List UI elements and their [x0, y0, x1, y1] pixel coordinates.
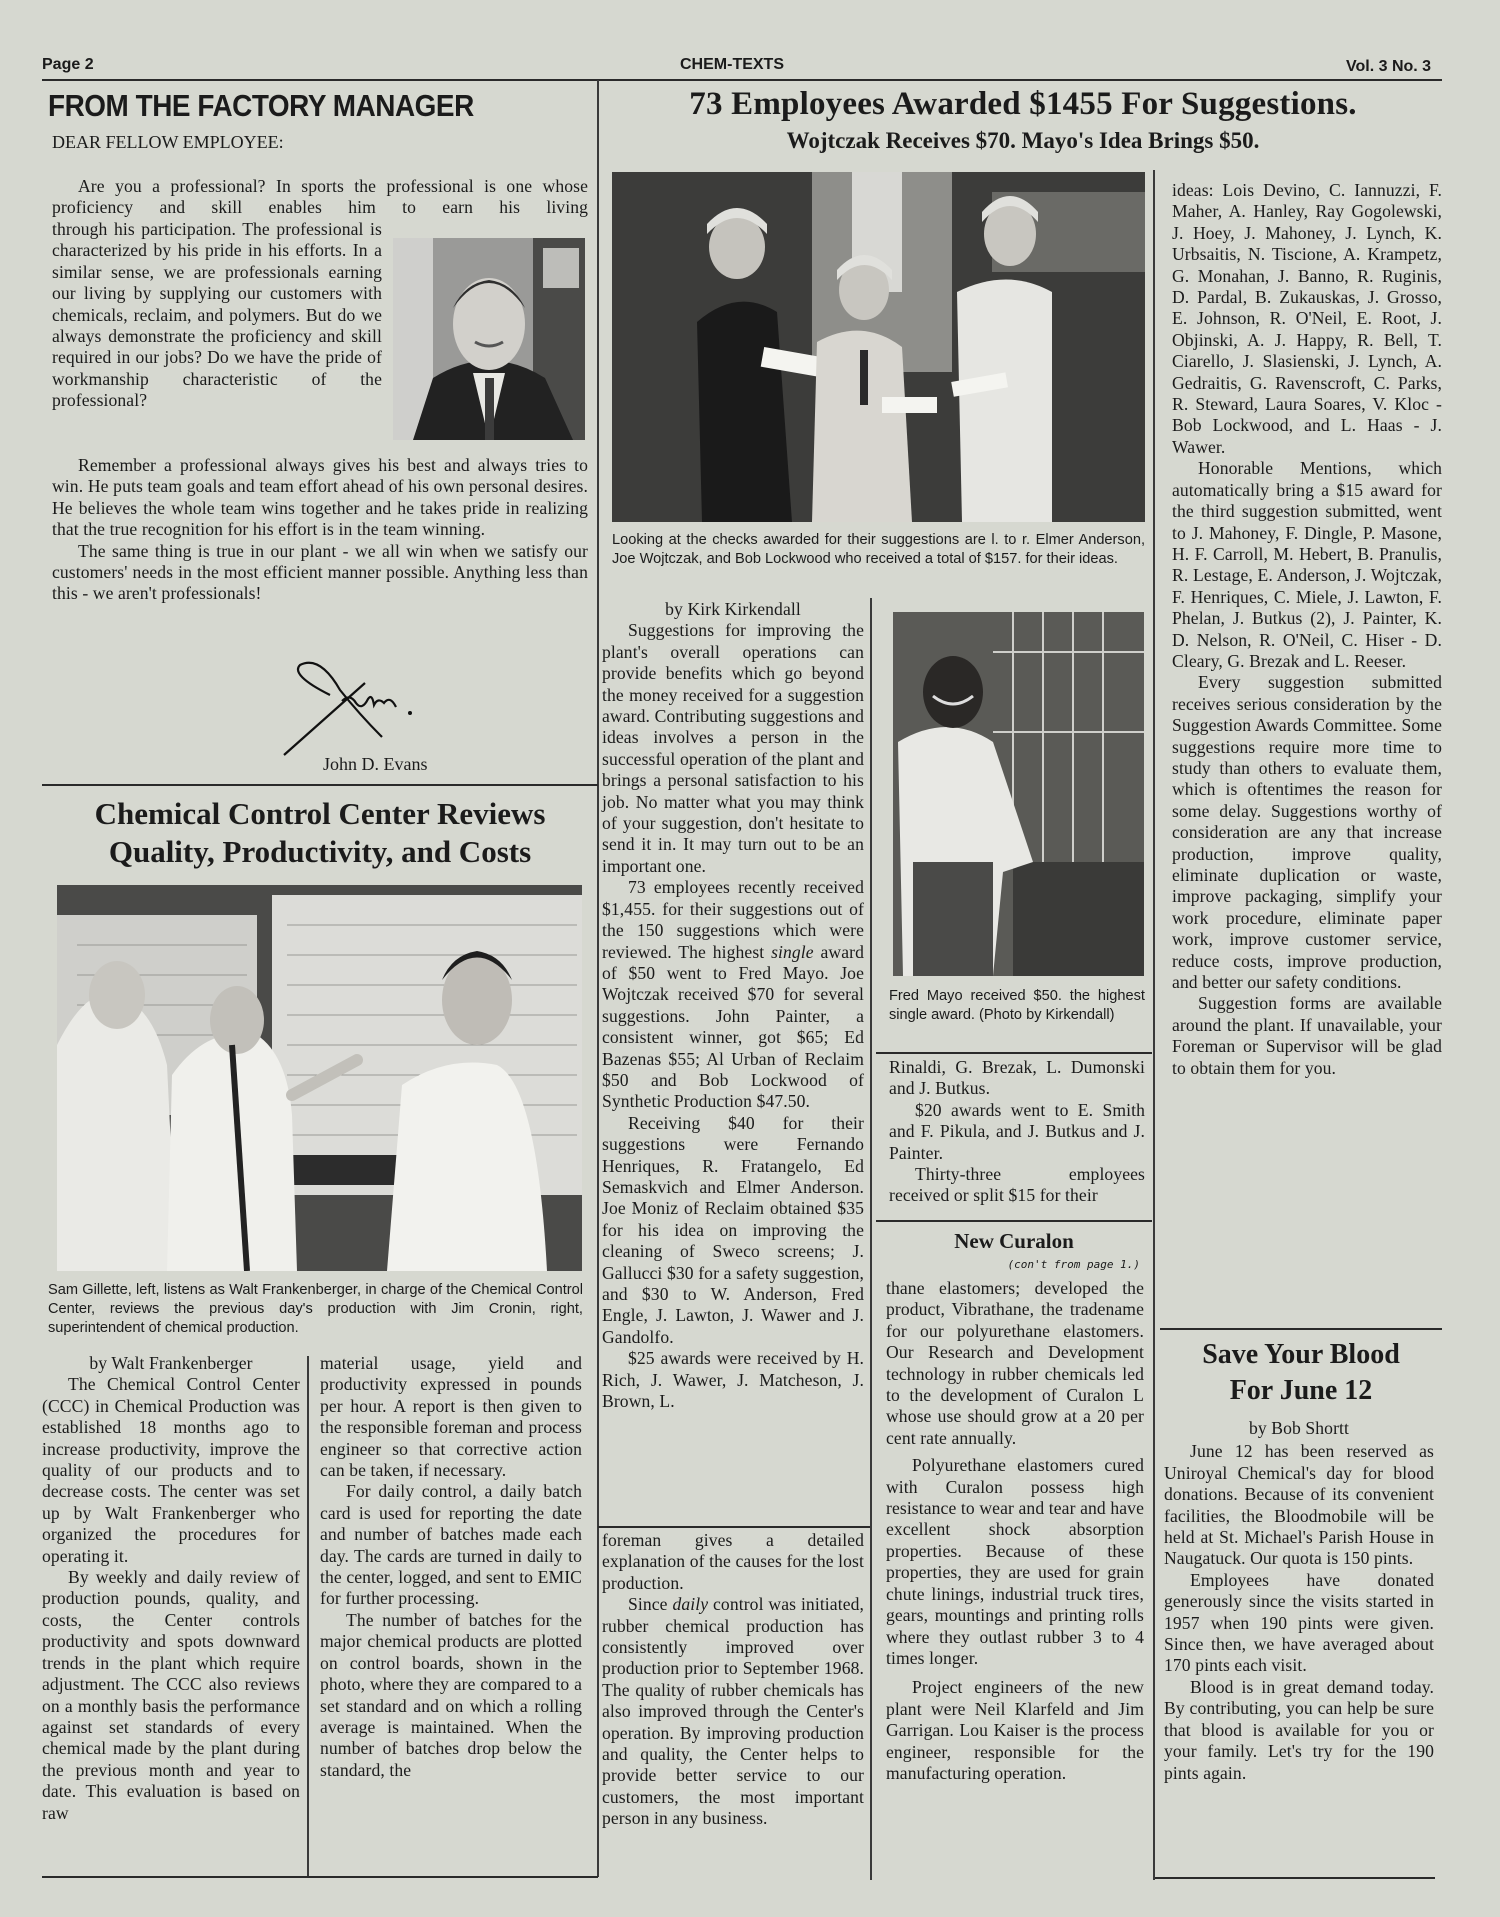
masthead-rule	[42, 79, 1442, 81]
letter-paragraph: Remember a professional always gives his…	[52, 455, 588, 541]
portrait-illustration	[393, 238, 585, 440]
blood-byline: by Bob Shortt	[1164, 1418, 1434, 1439]
control-board-illustration	[57, 885, 582, 1271]
curalon-paragraph: Polyurethane elastomers cured with Cural…	[886, 1455, 1144, 1669]
ccc-column-footer-rule	[42, 1876, 598, 1878]
ccc-continuation-rule	[598, 1526, 870, 1528]
ccc-paragraph: material usage, yield and productivity e…	[320, 1353, 582, 1481]
suggestions-column-3: ideas: Lois Devino, C. Iannuzzi, F. Mahe…	[1172, 180, 1442, 1079]
blood-paragraph: Employees have donated generously since …	[1164, 1570, 1434, 1677]
suggestions-paragraph: Suggestions for improving the plant's ov…	[602, 620, 864, 877]
blood-paragraph: June 12 has been reserved as Uniroyal Ch…	[1164, 1441, 1434, 1569]
fred-mayo-illustration	[893, 612, 1144, 976]
letter-paragraph: The same thing is true in our plant - we…	[52, 541, 588, 605]
suggestions-subheadline: Wojtczak Receives $70. Mayo's Idea Bring…	[598, 128, 1448, 154]
factory-manager-heading: FROM THE FACTORY MANAGER	[48, 88, 474, 124]
emphasis-text: single	[771, 942, 814, 962]
suggestions-paragraph: Receiving $40 for their suggestions were…	[602, 1113, 864, 1348]
column-rule-left-inner	[307, 1356, 309, 1876]
ccc-paragraph: By weekly and daily review of production…	[42, 1567, 300, 1824]
text-run: award of $50 went to Fred Mayo. Joe Wojt…	[602, 942, 864, 1112]
ccc-column-1: by Walt Frankenberger The Chemical Contr…	[42, 1353, 300, 1824]
suggestions-paragraph: $20 awards went to E. Smith and F. Pikul…	[889, 1100, 1145, 1164]
fred-mayo-photo	[893, 612, 1144, 976]
signature-scribble	[270, 655, 440, 765]
ccc-paragraph: Since daily control was initiated, rubbe…	[602, 1594, 864, 1829]
check-recipients-illustration	[612, 172, 1145, 522]
blood-body: by Bob Shortt June 12 has been reserved …	[1164, 1418, 1434, 1784]
volume-number: Vol. 3 No. 3	[1346, 58, 1431, 76]
suggestions-paragraph: Honorable Mentions, which automatically …	[1172, 458, 1442, 672]
text-run: control was initiated, rubber chemical p…	[602, 1594, 864, 1828]
blood-headline-line-1: Save Your Blood	[1160, 1337, 1442, 1373]
suggestions-column-1: by Kirk Kirkendall Suggestions for impro…	[602, 599, 864, 1412]
ccc-paragraph: The Chemical Control Center (CCC) in Che…	[42, 1374, 300, 1567]
suggestions-paragraph: Suggestion forms are available around th…	[1172, 993, 1442, 1079]
publication-name: CHEM-TEXTS	[680, 56, 784, 74]
blood-section-rule	[1160, 1328, 1442, 1330]
suggestions-paragraph: 73 employees recently received $1,455. f…	[602, 877, 864, 1112]
signer-name: John D. Evans	[323, 754, 428, 775]
continued-note: (con't from page 1.)	[1000, 1258, 1140, 1271]
letter-body: Remember a professional always gives his…	[52, 455, 588, 605]
emphasis-text: daily	[672, 1594, 708, 1614]
curalon-body: thane elastomers; developed the product,…	[886, 1278, 1144, 1784]
suggestions-paragraph: Every suggestion submitted receives seri…	[1172, 672, 1442, 993]
ccc-photo-caption: Sam Gillette, left, listens as Walt Fran…	[48, 1281, 583, 1338]
suggestions-column-2-rule	[876, 1220, 1152, 1222]
curalon-paragraph: Project engineers of the new plant were …	[886, 1677, 1144, 1784]
ccc-paragraph: For daily control, a daily batch card is…	[320, 1481, 582, 1609]
ccc-headline-line-1: Chemical Control Center Reviews	[42, 795, 598, 833]
suggestions-byline: by Kirk Kirkendall	[602, 599, 864, 620]
column-rule-suggestions-2	[1153, 170, 1155, 1880]
mayo-caption-rule	[876, 1052, 1152, 1054]
blood-headline-line-2: For June 12	[1160, 1373, 1442, 1409]
letter-wrap-text: through his participation. The professio…	[52, 219, 382, 412]
suggestions-paragraph: $25 awards were received by H. Rich, J. …	[602, 1348, 864, 1412]
letter-paragraph: Are you a professional? In sports the pr…	[52, 176, 588, 219]
column-rule-suggestions-1	[870, 598, 872, 1880]
ccc-headline: Chemical Control Center Reviews Quality,…	[42, 795, 598, 871]
check-recipients-caption: Looking at the checks awarded for their …	[612, 531, 1145, 569]
blood-footer-rule	[1155, 1877, 1435, 1879]
suggestions-column-2: Rinaldi, G. Brezak, L. Dumonski and J. B…	[889, 1057, 1145, 1207]
signature	[270, 655, 440, 765]
suggestions-headline: 73 Employees Awarded $1455 For Suggestio…	[598, 86, 1448, 123]
blood-headline: Save Your Blood For June 12	[1160, 1337, 1442, 1409]
ccc-paragraph: foreman gives a detailed explanation of …	[602, 1530, 864, 1594]
suggestions-paragraph: Thirty-three employees received or split…	[889, 1164, 1145, 1207]
suggestions-paragraph: ideas: Lois Devino, C. Iannuzzi, F. Mahe…	[1172, 180, 1442, 458]
ccc-column-2: material usage, yield and productivity e…	[320, 1353, 582, 1781]
section-divider	[42, 784, 598, 786]
fred-mayo-caption: Fred Mayo received $50. the highest sing…	[889, 987, 1145, 1025]
ccc-byline: by Walt Frankenberger	[42, 1353, 300, 1374]
column-rule-main	[597, 80, 599, 1877]
ccc-headline-line-2: Quality, Productivity, and Costs	[42, 833, 598, 871]
text-run: Since	[628, 1594, 672, 1614]
curalon-headline: New Curalon	[876, 1229, 1152, 1254]
suggestions-paragraph: Rinaldi, G. Brezak, L. Dumonski and J. B…	[889, 1057, 1145, 1100]
blood-paragraph: Blood is in great demand today. By contr…	[1164, 1677, 1434, 1784]
curalon-paragraph: thane elastomers; developed the product,…	[886, 1278, 1144, 1449]
salutation: DEAR FELLOW EMPLOYEE:	[52, 132, 284, 153]
page-number: Page 2	[42, 56, 94, 74]
check-recipients-photo	[612, 172, 1145, 522]
letter-intro: Are you a professional? In sports the pr…	[52, 176, 588, 219]
control-board-photo	[57, 885, 582, 1271]
ccc-column-3: foreman gives a detailed explanation of …	[602, 1530, 864, 1830]
letter-paragraph: through his participation. The professio…	[52, 219, 382, 412]
manager-portrait-photo	[393, 238, 585, 440]
ccc-paragraph: The number of batches for the major chem…	[320, 1610, 582, 1781]
